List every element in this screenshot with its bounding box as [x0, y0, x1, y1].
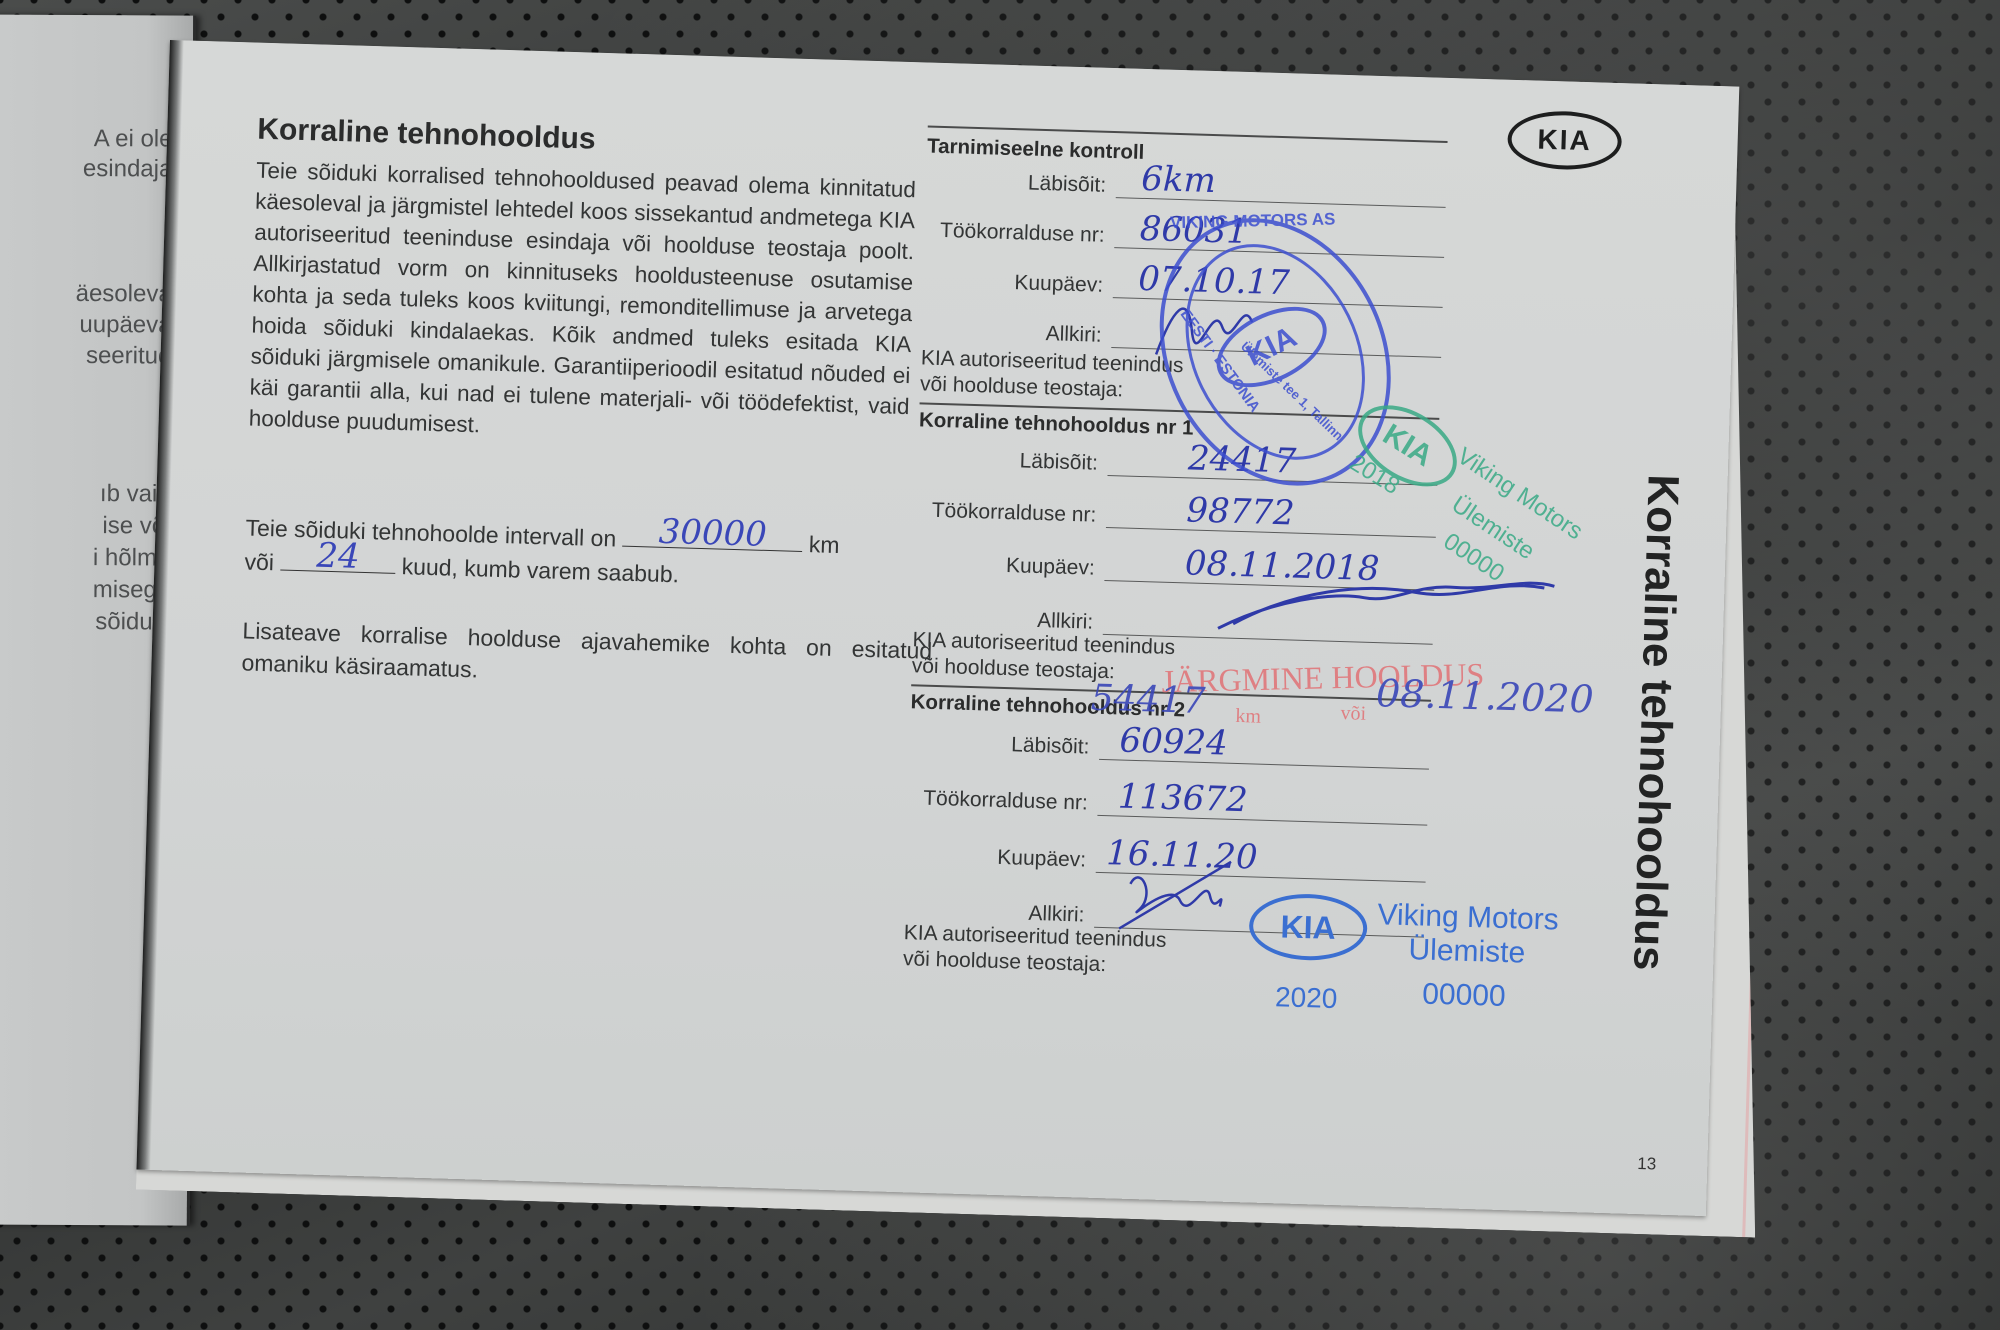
left-text-fragment: uupäeva	[79, 311, 171, 339]
interval-km-field: 30000	[622, 522, 803, 552]
section-title-predelivery: Tarnimiseelne kontroll	[927, 135, 1145, 165]
signature-scribble	[1213, 558, 1565, 648]
left-text-fragment: seeritud	[86, 342, 172, 370]
predelivery-mileage-value: 6km	[1141, 159, 1217, 201]
interval-km-unit: km	[809, 531, 840, 558]
next-service-date-value: 08.11.2020	[1376, 671, 1595, 721]
side-section-title: Korraline tehnohooldus	[1623, 474, 1688, 971]
service1-workorder-value: 98772	[1186, 490, 1295, 533]
service1-workorder-field: Töökorralduse nr: 98772	[916, 492, 1437, 537]
left-text-fragment: esindaja	[83, 155, 173, 183]
page-number: 13	[1637, 1154, 1657, 1175]
interval-months-value: 24	[280, 538, 396, 575]
more-info-text: Lisateave korralise hoolduse ajavahemike…	[241, 614, 933, 698]
service2-provider-label: KIA autoriseeritud teenindus või hooldus…	[903, 920, 1167, 980]
service-page: KIA Korraline tehnohooldus Teie sõiduki …	[136, 40, 1739, 1216]
service2-workorder-value: 113672	[1117, 776, 1248, 820]
page-heading: Korraline tehnohooldus	[257, 113, 596, 157]
service-interval: Teie sõiduki tehnohoolde intervall on 30…	[244, 510, 936, 598]
section-title-service-1: Korraline tehnohooldus nr 1	[919, 408, 1194, 440]
predelivery-mileage-field: Läbisõit: 6km	[926, 163, 1447, 208]
kia-logo: KIA	[1507, 110, 1623, 171]
next-service-km-value: 54417	[1090, 678, 1206, 722]
interval-months-field: 24	[280, 546, 396, 574]
intro-paragraph: Teie sõiduki korralised tehnohooldused p…	[248, 155, 916, 453]
service2-mileage-value: 60924	[1119, 720, 1228, 763]
interval-km-value: 30000	[622, 514, 803, 553]
left-text-fragment: A ei ole	[94, 125, 173, 153]
interval-suffix: kuud, kumb varem saabub.	[401, 553, 679, 587]
service2-workorder-field: Töökorralduse nr: 113672	[907, 780, 1428, 825]
stamp-kia-logo: KIA	[1248, 892, 1368, 961]
service-booklet: KIA Korraline tehnohooldus Teie sõiduki …	[136, 40, 1899, 1241]
service2-mileage-field: Läbisõit: 60924	[909, 724, 1430, 769]
signature-scribble	[1109, 853, 1251, 937]
interval-or: või	[244, 548, 274, 575]
predelivery-provider-label: KIA autoriseeritud teenindus või hooldus…	[920, 345, 1184, 405]
left-text-fragment: äesoleva	[76, 280, 172, 309]
